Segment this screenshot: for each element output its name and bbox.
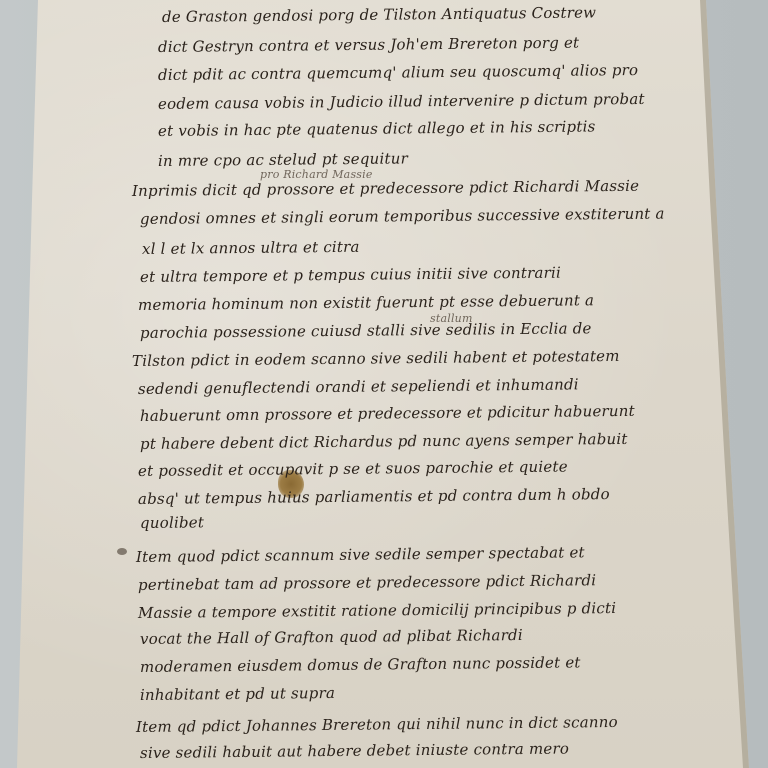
manuscript-line: xl l et lx annos ultra et citra	[142, 238, 360, 258]
manuscript-line: inhabitant et pd ut supra	[140, 684, 335, 704]
ink-blot	[117, 548, 127, 555]
manuscript-line: quolibet	[140, 513, 204, 532]
interlinear-note: pro Richard Massie	[260, 168, 373, 181]
interlinear-note: stallum	[430, 312, 473, 325]
manuscript-line: in mre cpo ac stelud pt sequitur	[158, 149, 408, 170]
